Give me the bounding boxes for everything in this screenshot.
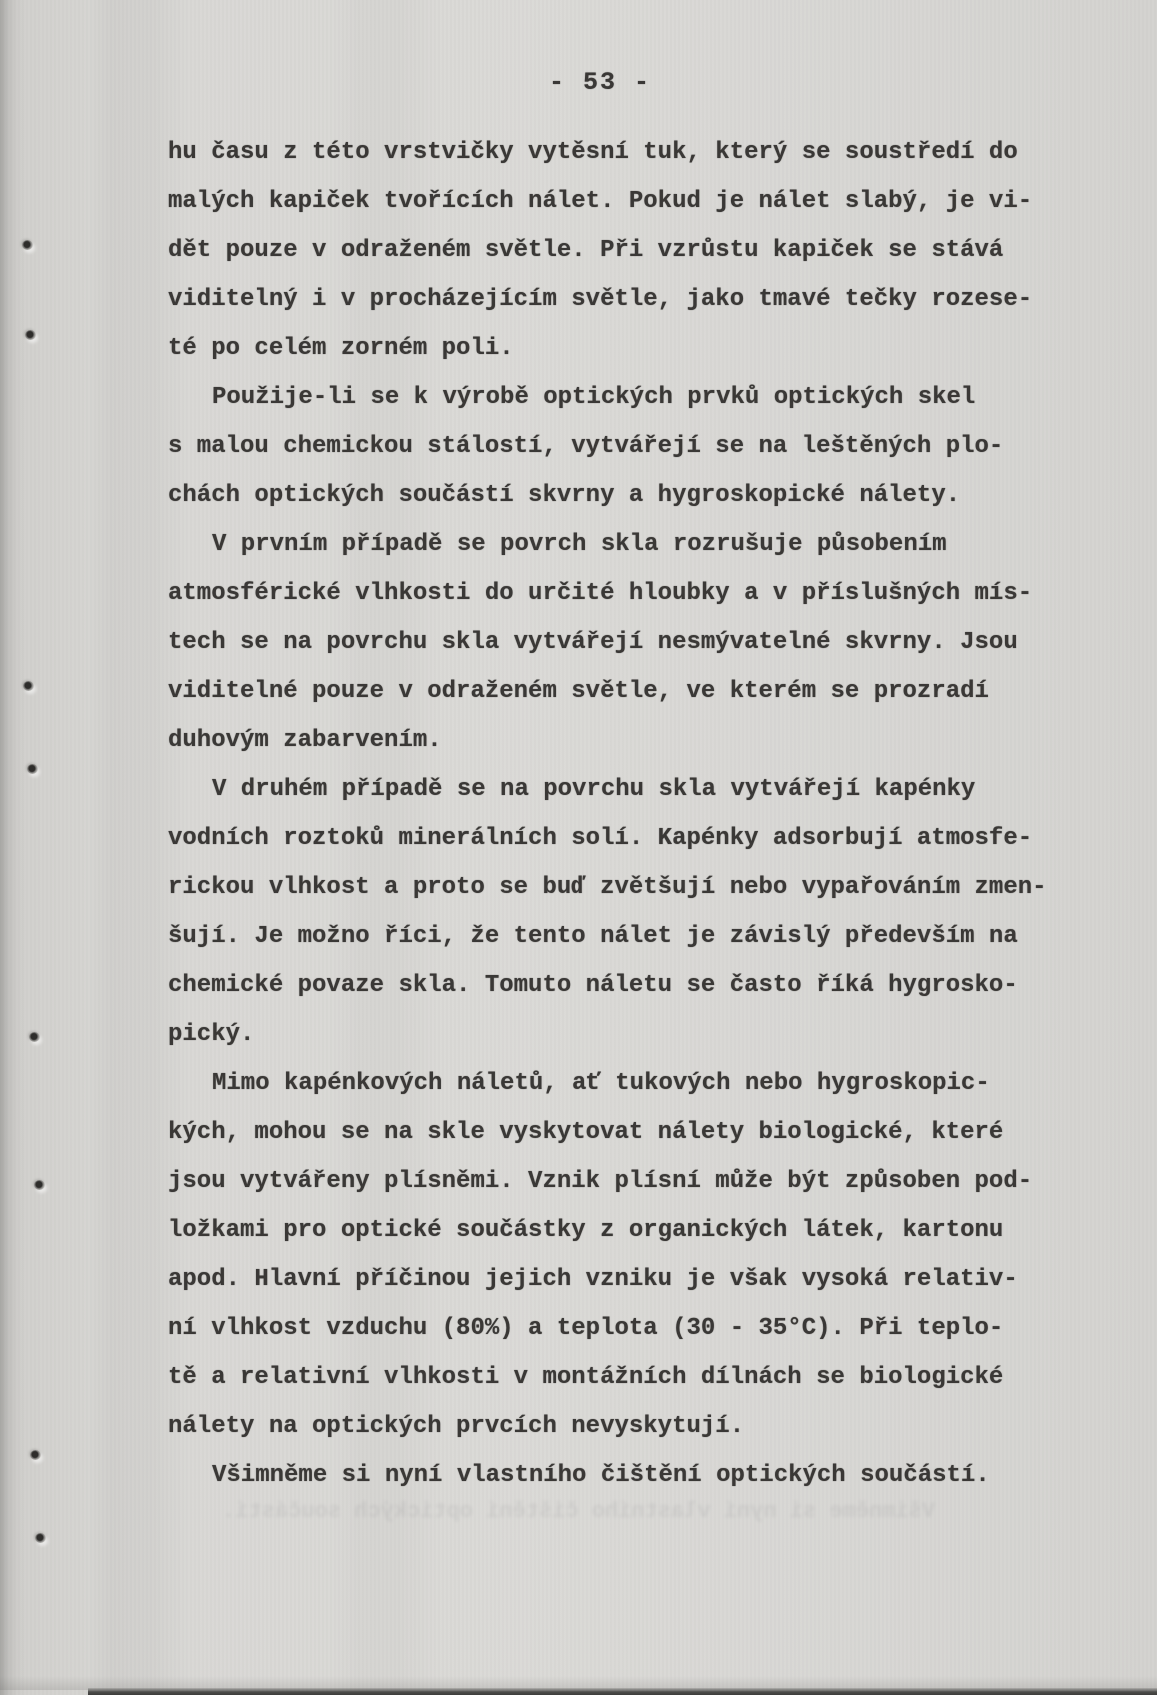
text-line: s malou chemickou stálostí, vytvářejí se… — [168, 422, 1048, 471]
page-number: - 53 - — [0, 58, 1157, 107]
binding-speck — [23, 681, 34, 691]
text-line: V druhém případě se na povrchu skla vytv… — [168, 765, 1048, 814]
text-line: dět pouze v odraženém světle. Při vzrůst… — [168, 226, 1048, 275]
text-line: tech se na povrchu skla vytvářejí nesmýv… — [168, 618, 1048, 667]
text-line: rickou vlhkost a proto se buď zvětšují n… — [168, 863, 1048, 912]
text-line: chách optických součástí skvrny a hygros… — [168, 471, 1048, 520]
text-line: šují. Je možno říci, že tento nálet je z… — [168, 912, 1048, 961]
text-line: duhovým zabarvením. — [168, 716, 1048, 765]
text-line: ložkami pro optické součástky z organick… — [168, 1206, 1048, 1255]
text-line: nálety na optických prvcích nevyskytují. — [168, 1402, 1048, 1451]
binding-speck — [29, 1032, 40, 1042]
binding-speck — [35, 1533, 46, 1543]
text-line: Použije-li se k výrobě optických prvků o… — [168, 373, 1048, 422]
text-line: vodních roztoků minerálních solí. Kapénk… — [168, 814, 1048, 863]
binding-speck — [34, 1180, 45, 1190]
text-block: hu času z této vrstvičky vytěsní tuk, kt… — [168, 128, 1048, 1500]
text-line: viditelné pouze v odraženém světle, ve k… — [168, 667, 1048, 716]
text-line: V prvním případě se povrch skla rozrušuj… — [168, 520, 1048, 569]
binding-speck — [27, 764, 38, 774]
binding-speck — [22, 240, 33, 250]
bleedthrough-text: Všimněme si nyní vlastního čištění optic… — [175, 1499, 935, 1524]
text-line: chemické povaze skla. Tomuto náletu se č… — [168, 961, 1048, 1010]
text-line: Mimo kapénkových náletů, ať tukových neb… — [168, 1059, 1048, 1108]
document-page: - 53 - hu času z této vrstvičky vytěsní … — [0, 0, 1157, 1695]
binding-speck — [25, 330, 36, 340]
text-line: atmosférické vlhkosti do určité hloubky … — [168, 569, 1048, 618]
text-line: ní vlhkost vzduchu (80%) a teplota (30 -… — [168, 1304, 1048, 1353]
bottom-edge-shadow — [0, 1676, 1157, 1690]
text-line: apod. Hlavní příčinou jejich vzniku je v… — [168, 1255, 1048, 1304]
binding-speck — [30, 1450, 41, 1460]
text-line: té po celém zorném poli. — [168, 324, 1048, 373]
scan-bottom-edge — [88, 1688, 1157, 1695]
text-line: viditelný i v procházejícím světle, jako… — [168, 275, 1048, 324]
text-line: Všimněme si nyní vlastního čištění optic… — [168, 1451, 1048, 1500]
text-line: hu času z této vrstvičky vytěsní tuk, kt… — [168, 128, 1048, 177]
text-line: kých, mohou se na skle vyskytovat nálety… — [168, 1108, 1048, 1157]
paper-left-edge-shadow — [0, 0, 26, 1695]
text-line: jsou vytvářeny plísněmi. Vznik plísní mů… — [168, 1157, 1048, 1206]
text-line: tě a relativní vlhkosti v montážních díl… — [168, 1353, 1048, 1402]
text-line: malých kapiček tvořících nálet. Pokud je… — [168, 177, 1048, 226]
text-line: pický. — [168, 1010, 1048, 1059]
